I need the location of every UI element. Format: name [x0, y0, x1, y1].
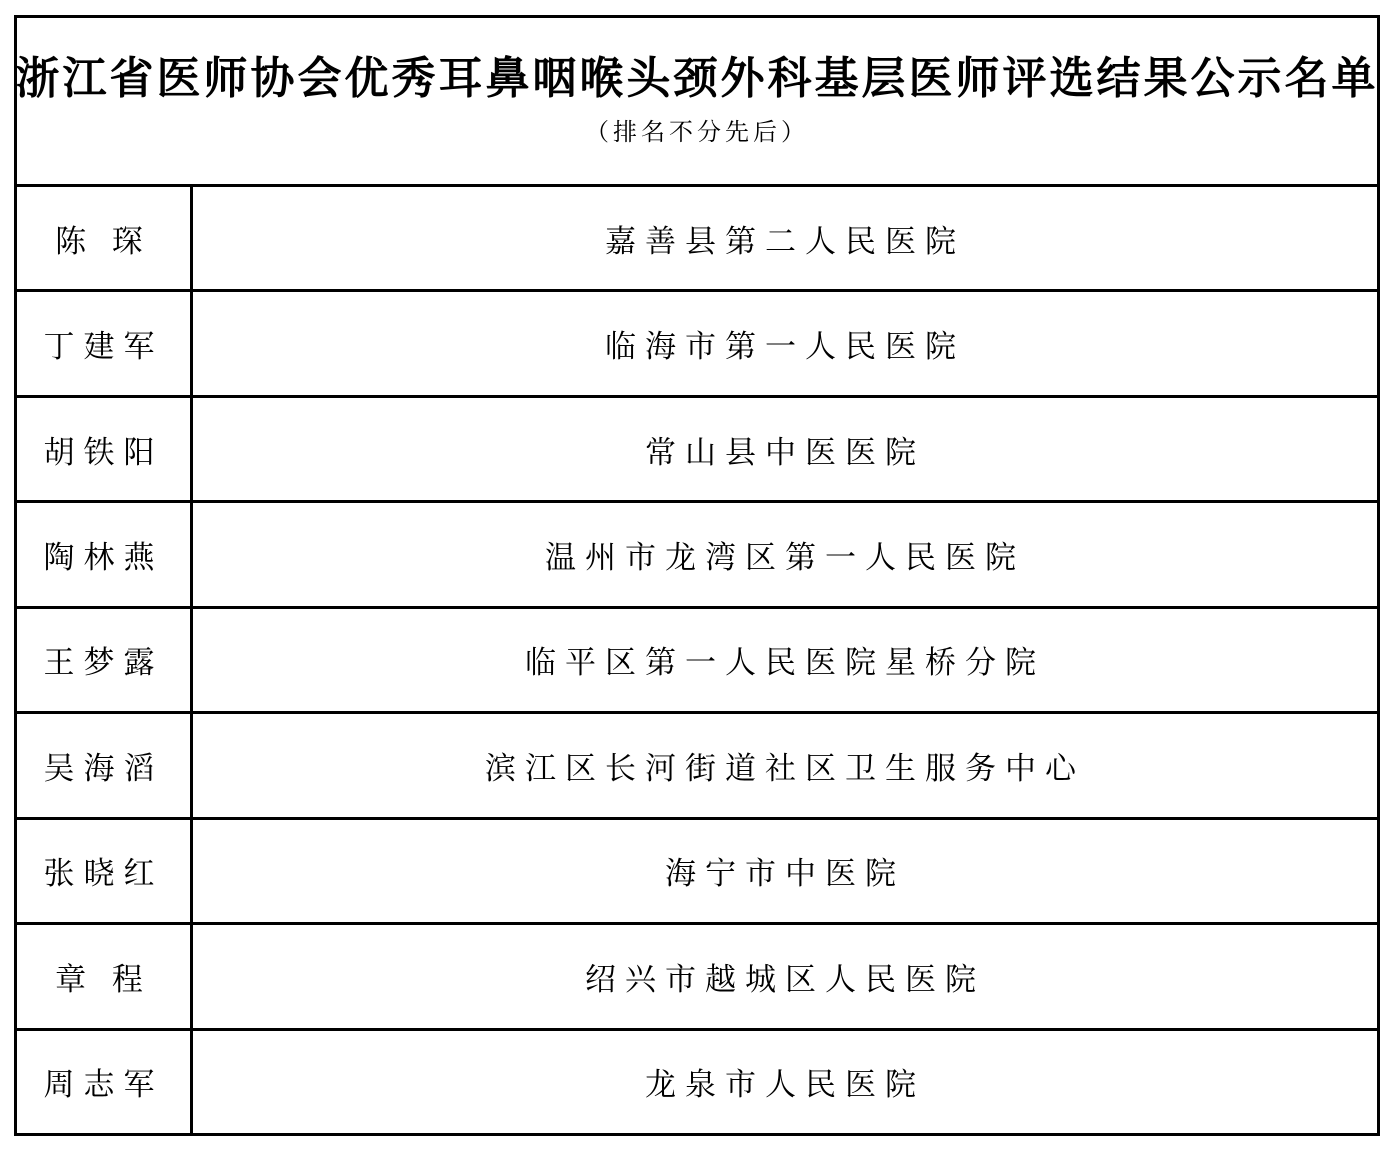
- doctor-name-cell: 陶林燕: [17, 503, 193, 605]
- page-title: 浙江省医师协会优秀耳鼻咽喉头颈外科基层医师评选结果公示名单: [16, 54, 1379, 104]
- hospital-cell: 滨江区长河街道社区卫生服务中心: [193, 714, 1377, 816]
- hospital-cell: 龙泉市人民医院: [193, 1031, 1377, 1133]
- table-row: 张晓红 海宁市中医院: [17, 817, 1377, 922]
- hospital-cell: 临海市第一人民医院: [193, 292, 1377, 394]
- page-subtitle: （排名不分先后）: [585, 118, 809, 148]
- doctor-name-cell: 张晓红: [17, 820, 193, 922]
- document-header: 浙江省医师协会优秀耳鼻咽喉头颈外科基层医师评选结果公示名单 （排名不分先后）: [17, 18, 1377, 184]
- hospital-cell: 嘉善县第二人民医院: [193, 187, 1377, 289]
- table-row: 周志军 龙泉市人民医院: [17, 1028, 1377, 1133]
- doctor-name-cell: 陈 琛: [17, 187, 193, 289]
- doctor-name-cell: 胡铁阳: [17, 398, 193, 500]
- hospital-cell: 温州市龙湾区第一人民医院: [193, 503, 1377, 605]
- announcement-table: 浙江省医师协会优秀耳鼻咽喉头颈外科基层医师评选结果公示名单 （排名不分先后） 陈…: [14, 15, 1380, 1136]
- doctor-name-cell: 章 程: [17, 925, 193, 1027]
- table-body: 陈 琛 嘉善县第二人民医院 丁建军 临海市第一人民医院 胡铁阳 常山县中医医院 …: [17, 184, 1377, 1133]
- table-row: 王梦露 临平区第一人民医院星桥分院: [17, 606, 1377, 711]
- doctor-name-cell: 王梦露: [17, 609, 193, 711]
- hospital-cell: 临平区第一人民医院星桥分院: [193, 609, 1377, 711]
- hospital-cell: 海宁市中医院: [193, 820, 1377, 922]
- table-row: 陶林燕 温州市龙湾区第一人民医院: [17, 500, 1377, 605]
- hospital-cell: 常山县中医医院: [193, 398, 1377, 500]
- table-row: 章 程 绍兴市越城区人民医院: [17, 922, 1377, 1027]
- doctor-name-cell: 吴海滔: [17, 714, 193, 816]
- doctor-name-cell: 周志军: [17, 1031, 193, 1133]
- table-row: 胡铁阳 常山县中医医院: [17, 395, 1377, 500]
- table-row: 丁建军 临海市第一人民医院: [17, 289, 1377, 394]
- doctor-name-cell: 丁建军: [17, 292, 193, 394]
- table-row: 陈 琛 嘉善县第二人民医院: [17, 184, 1377, 289]
- table-row: 吴海滔 滨江区长河街道社区卫生服务中心: [17, 711, 1377, 816]
- hospital-cell: 绍兴市越城区人民医院: [193, 925, 1377, 1027]
